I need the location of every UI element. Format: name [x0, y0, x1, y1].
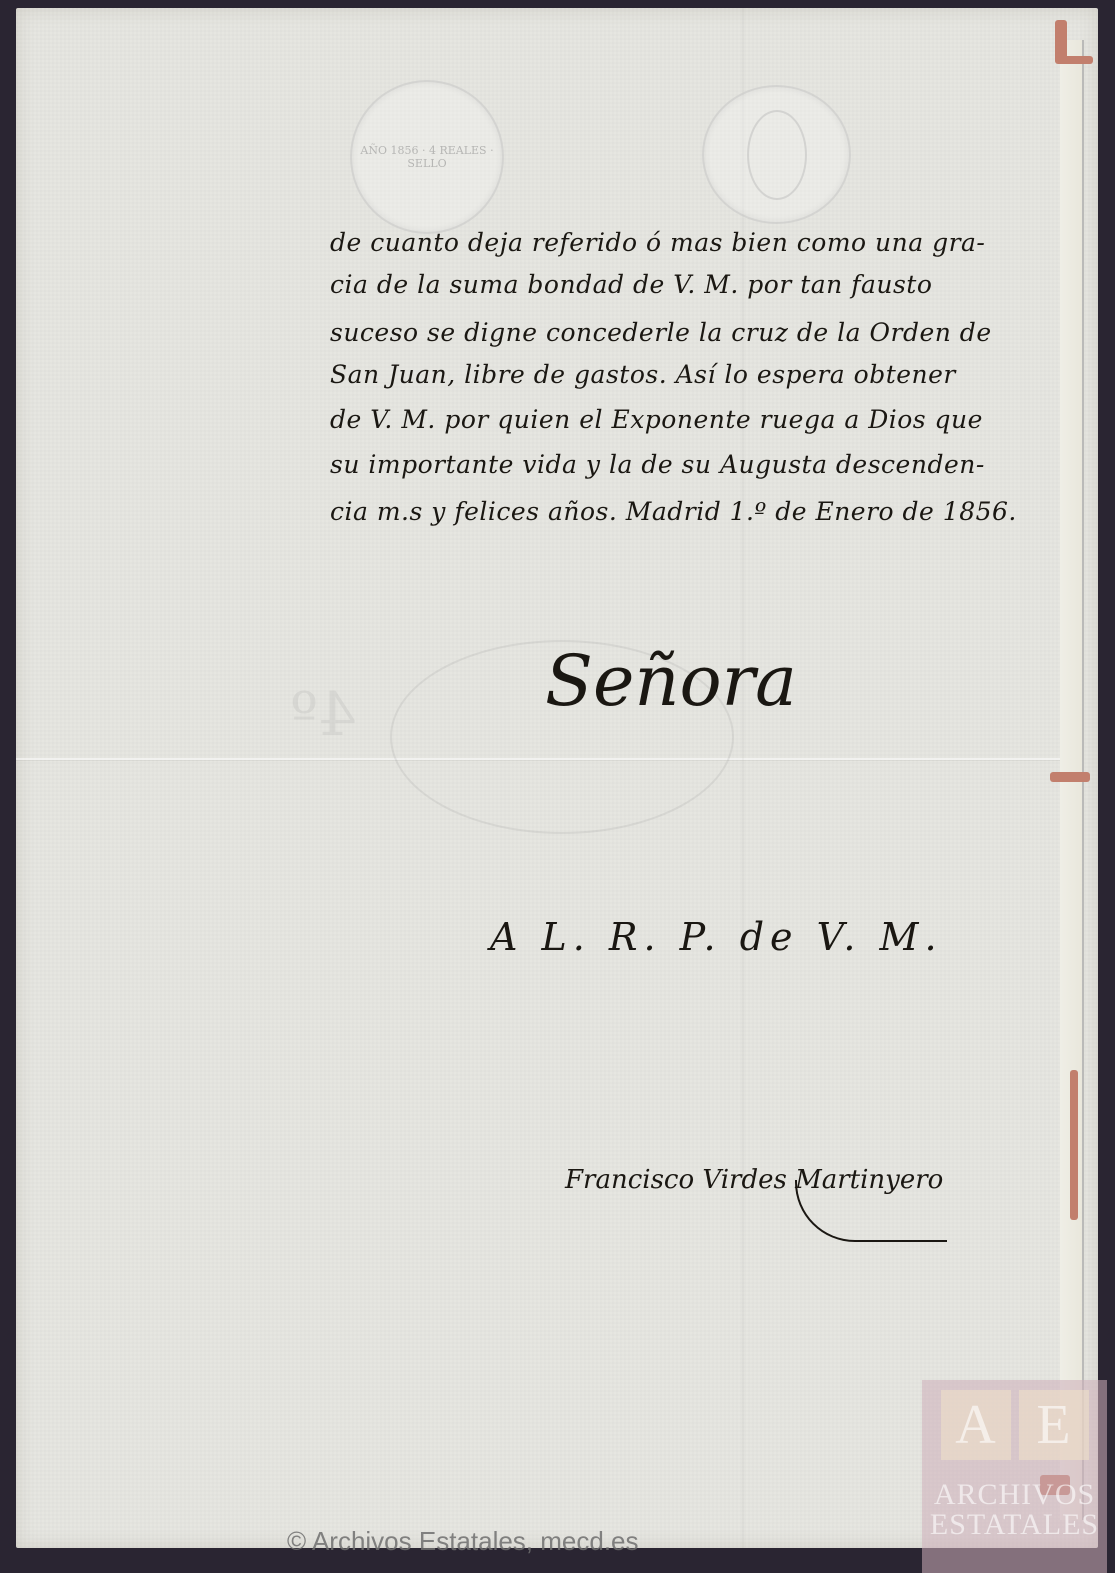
- tax-stamp-text: AÑO 1856 · 4 REALES · SELLO: [352, 144, 502, 170]
- body-line: su importante vida y la de su Augusta de…: [330, 450, 985, 479]
- coat-of-arms-icon: [747, 110, 807, 200]
- body-line: de cuanto deja referido ó mas bien como …: [330, 228, 985, 257]
- tax-stamp-seal: AÑO 1856 · 4 REALES · SELLO: [350, 80, 504, 234]
- binding-thread-top-foot: [1055, 56, 1093, 64]
- body-line: suceso se digne concederle la cruz de la…: [330, 318, 992, 347]
- body-line: de V. M. por quien el Exponente ruega a …: [330, 405, 983, 434]
- closing-formula: A L. R. P. de V. M.: [490, 915, 943, 959]
- logo-letter-e: E: [1019, 1390, 1089, 1460]
- paper-watermark-text: 4º: [290, 680, 356, 750]
- binding-thread-lower: [1070, 1070, 1078, 1220]
- royal-arms-seal: [702, 85, 851, 224]
- logo-word-estatales: ESTATALES: [922, 1510, 1107, 1540]
- logo-word-archivos: ARCHIVOS: [922, 1480, 1107, 1510]
- body-line: San Juan, libre de gastos. Así lo espera…: [330, 360, 956, 389]
- copyright-notice: © Archivos Estatales, mecd.es: [287, 1526, 639, 1557]
- salutation: Señora: [545, 640, 797, 722]
- body-line: cia m.s y felices años. Madrid 1.º de En…: [330, 497, 1017, 526]
- logo-letter-a: A: [941, 1390, 1011, 1460]
- body-line: cia de la suma bondad de V. M. por tan f…: [330, 270, 932, 299]
- binding-thread-middle: [1050, 772, 1090, 782]
- archivos-estatales-logo: A E ARCHIVOS ESTATALES: [922, 1380, 1107, 1573]
